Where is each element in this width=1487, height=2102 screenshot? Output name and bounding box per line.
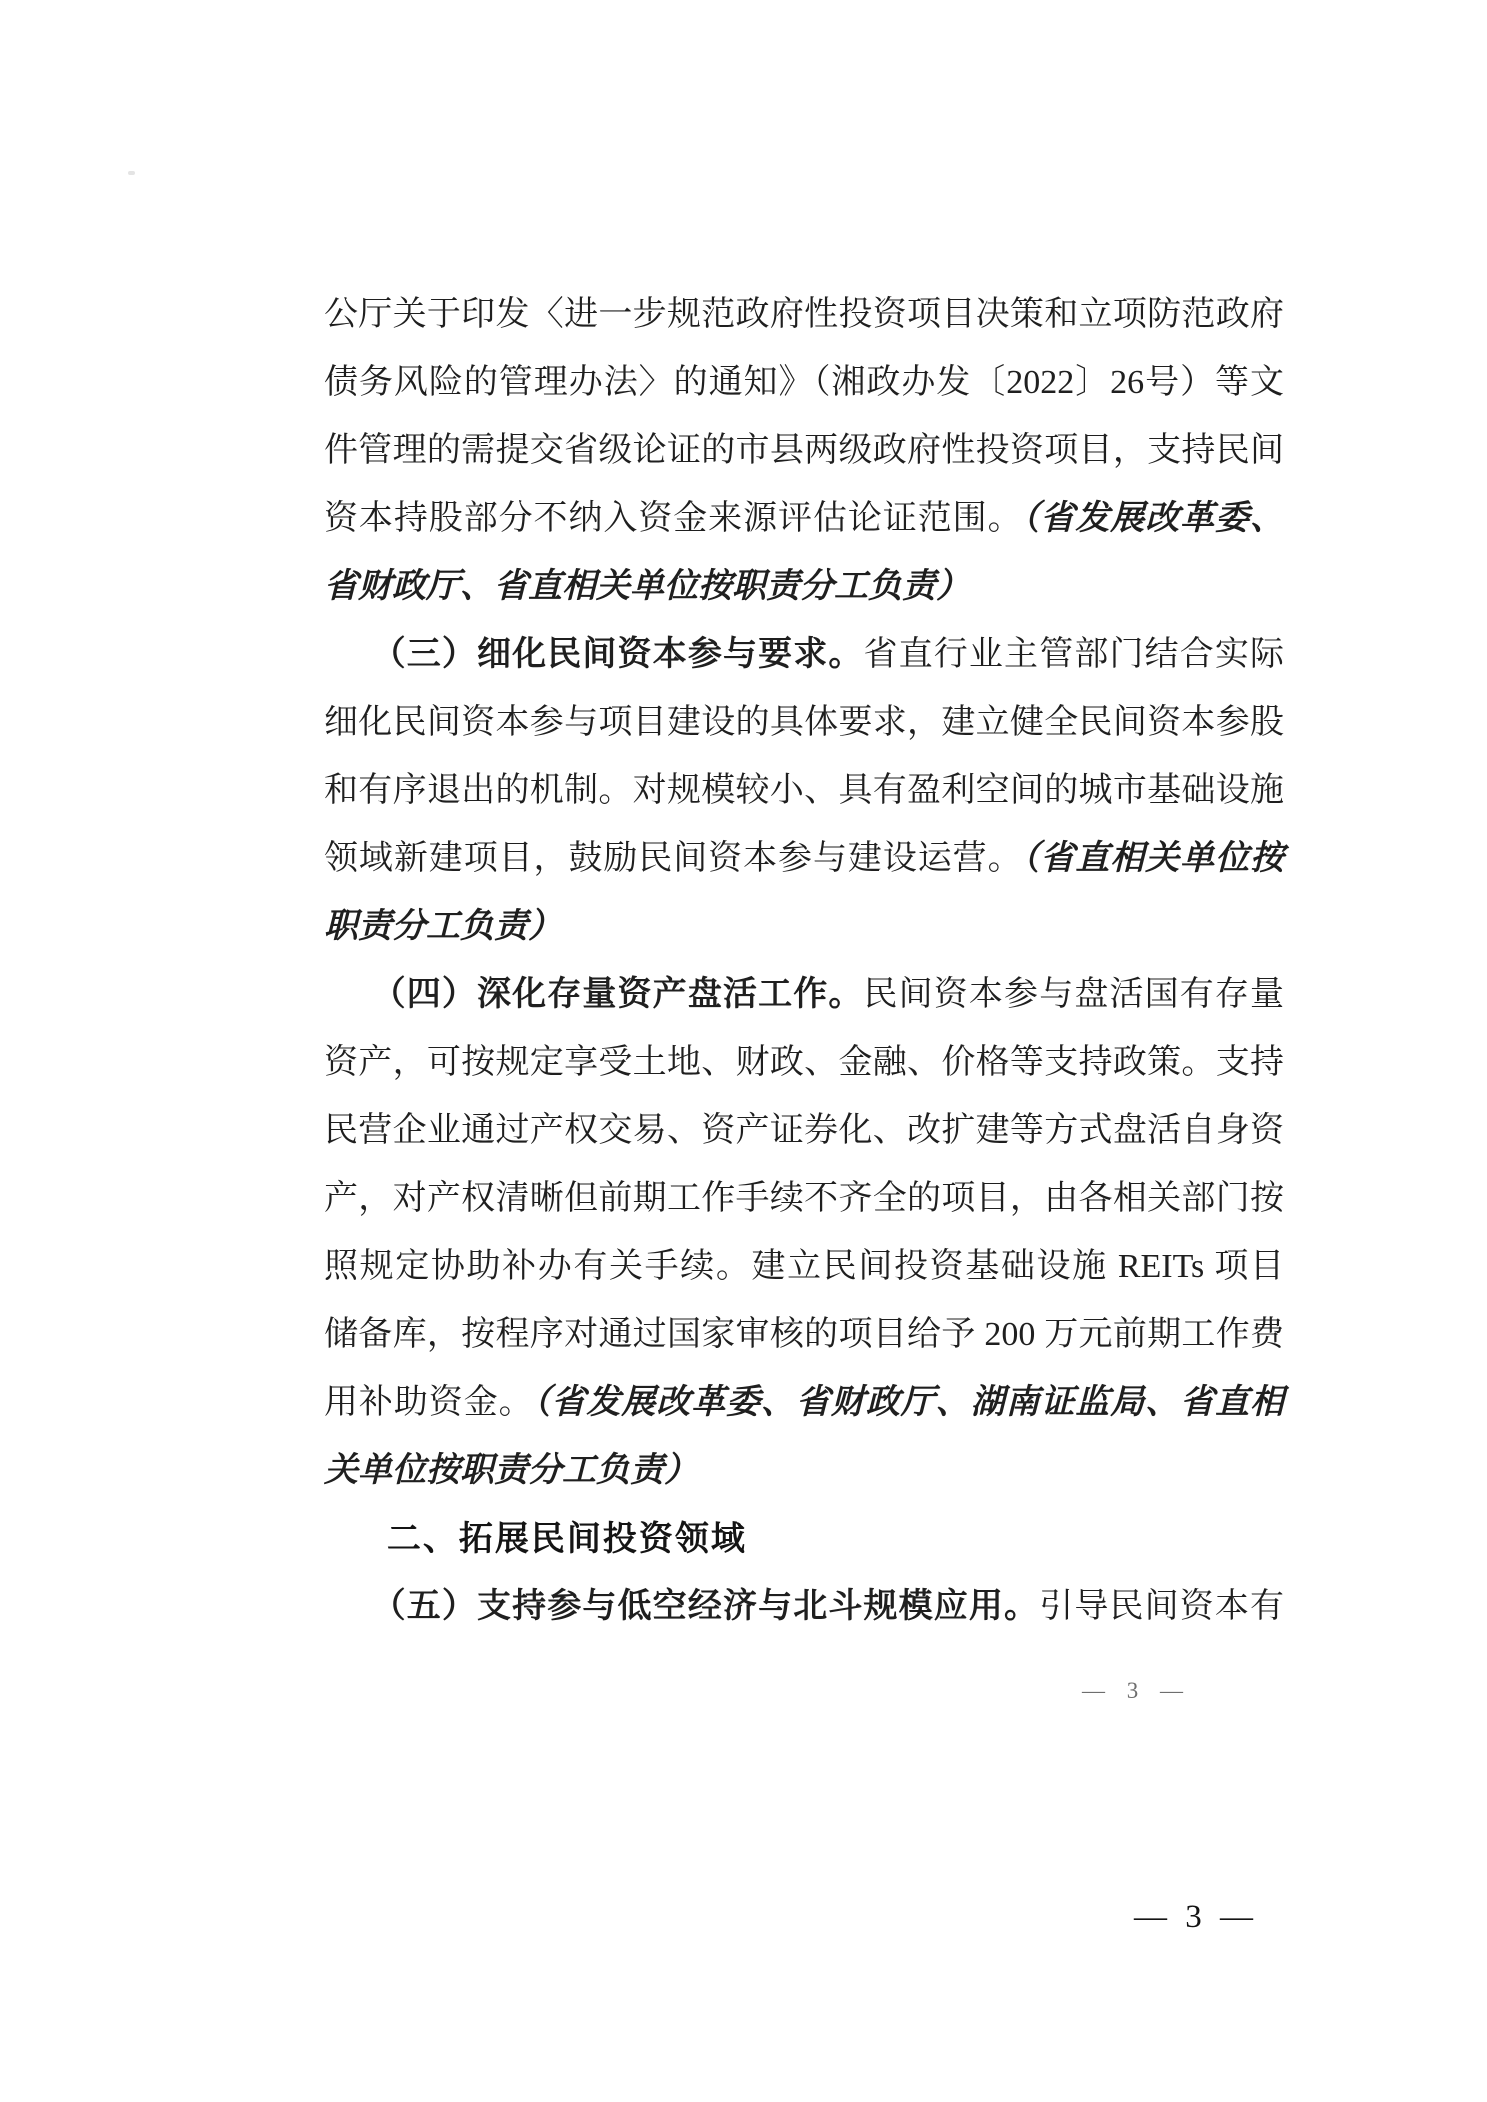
text-line: 资本持股部分不纳入资金来源评估论证范围。（省发展改革委、 xyxy=(324,485,1284,553)
text-segment-note: 关单位按职责分工负责） xyxy=(324,1452,698,1489)
document-page: 公厅关于印发〈进一步规范政府性投资项目决策和立项防范政府债务风险的管理办法〉的通… xyxy=(0,0,1487,2102)
text-segment-heading: 二、拓展民间投资领域 xyxy=(387,1520,747,1558)
text-segment-body: 用补助资金。 xyxy=(324,1384,534,1421)
text-line: 件管理的需提交省级论证的市县两级政府性投资项目，支持民间 xyxy=(324,417,1284,485)
text-segment-body: 资本持股部分不纳入资金来源评估论证范围。 xyxy=(324,500,1023,537)
text-line: 公厅关于印发〈进一步规范政府性投资项目决策和立项防范政府 xyxy=(324,281,1284,349)
text-segment-body: 引导民间资本有 xyxy=(1039,1588,1284,1625)
text-segment-body: 省直行业主管部门结合实际 xyxy=(864,636,1285,673)
text-segment-body: 民营企业通过产权交易、资产证券化、改扩建等方式盘活自身资 xyxy=(324,1112,1284,1149)
text-segment-body: 领域新建项目，鼓励民间资本参与建设运营。 xyxy=(324,840,1023,877)
text-column: 公厅关于印发〈进一步规范政府性投资项目决策和立项防范政府债务风险的管理办法〉的通… xyxy=(324,281,1284,1641)
text-segment-note: （省发展改革委、省财政厅、湖南证监局、省直相 xyxy=(534,1384,1284,1421)
text-segment-note: 省财政厅、省直相关单位按职责分工负责） xyxy=(324,568,970,605)
text-segment-body: 公厅关于印发〈进一步规范政府性投资项目决策和立项防范政府 xyxy=(324,296,1284,333)
text-segment-body: 产，对产权清晰但前期工作手续不齐全的项目，由各相关部门按 xyxy=(324,1180,1284,1217)
text-line: 用补助资金。（省发展改革委、省财政厅、湖南证监局、省直相 xyxy=(324,1369,1284,1437)
text-segment-note: （省直相关单位按 xyxy=(1023,840,1284,877)
text-line: 债务风险的管理办法〉的通知》（湘政办发〔2022〕26号）等文 xyxy=(324,349,1284,417)
text-segment-note: 职责分工负责） xyxy=(324,908,562,945)
text-line: 资产，可按规定享受土地、财政、金融、价格等支持政策。支持 xyxy=(324,1029,1284,1097)
text-segment-body: 民间资本参与盘活国有存量 xyxy=(864,976,1285,1013)
text-line: 省财政厅、省直相关单位按职责分工负责） xyxy=(324,553,1284,621)
page-number-footer: — 3 — xyxy=(1134,1899,1274,1936)
text-line: 关单位按职责分工负责） xyxy=(324,1437,1284,1505)
text-line: 照规定协助补办有关手续。建立民间投资基础设施 REITs 项目 xyxy=(324,1233,1284,1301)
text-segment-note: （省发展改革委、 xyxy=(1023,500,1284,537)
text-line: 储备库，按程序对通过国家审核的项目给予 200 万元前期工作费 xyxy=(324,1301,1284,1369)
text-segment-lead: （三）细化民间资本参与要求。 xyxy=(372,636,864,673)
text-line: 领域新建项目，鼓励民间资本参与建设运营。（省直相关单位按 xyxy=(324,825,1284,893)
text-line: （三）细化民间资本参与要求。省直行业主管部门结合实际 xyxy=(324,621,1284,689)
text-line: （五）支持参与低空经济与北斗规模应用。引导民间资本有 xyxy=(324,1573,1284,1641)
text-line: 和有序退出的机制。对规模较小、具有盈利空间的城市基础设施 xyxy=(324,757,1284,825)
section-heading: 二、拓展民间投资领域 xyxy=(324,1505,1284,1573)
scan-artifact xyxy=(128,171,135,175)
text-line: 细化民间资本参与项目建设的具体要求，建立健全民间资本参股 xyxy=(324,689,1284,757)
text-segment-body: 件管理的需提交省级论证的市县两级政府性投资项目，支持民间 xyxy=(324,432,1284,469)
text-line: （四）深化存量资产盘活工作。民间资本参与盘活国有存量 xyxy=(324,961,1284,1029)
page-number-inline: — 3 — xyxy=(1082,1678,1222,1704)
text-segment-body: 细化民间资本参与项目建设的具体要求，建立健全民间资本参股 xyxy=(324,704,1284,741)
text-line: 民营企业通过产权交易、资产证券化、改扩建等方式盘活自身资 xyxy=(324,1097,1284,1165)
text-segment-body: 债务风险的管理办法〉的通知》（湘政办发〔2022〕26号）等文 xyxy=(324,364,1284,401)
text-line: 职责分工负责） xyxy=(324,893,1284,961)
text-segment-body: 和有序退出的机制。对规模较小、具有盈利空间的城市基础设施 xyxy=(324,772,1284,809)
text-segment-lead: （四）深化存量资产盘活工作。 xyxy=(372,976,864,1013)
text-segment-lead: （五）支持参与低空经济与北斗规模应用。 xyxy=(372,1588,1040,1625)
text-line: 产，对产权清晰但前期工作手续不齐全的项目，由各相关部门按 xyxy=(324,1165,1284,1233)
text-segment-body: 资产，可按规定享受土地、财政、金融、价格等支持政策。支持 xyxy=(324,1044,1284,1081)
text-segment-body: 照规定协助补办有关手续。建立民间投资基础设施 REITs 项目 xyxy=(324,1248,1284,1285)
text-segment-body: 储备库，按程序对通过国家审核的项目给予 200 万元前期工作费 xyxy=(324,1316,1284,1353)
